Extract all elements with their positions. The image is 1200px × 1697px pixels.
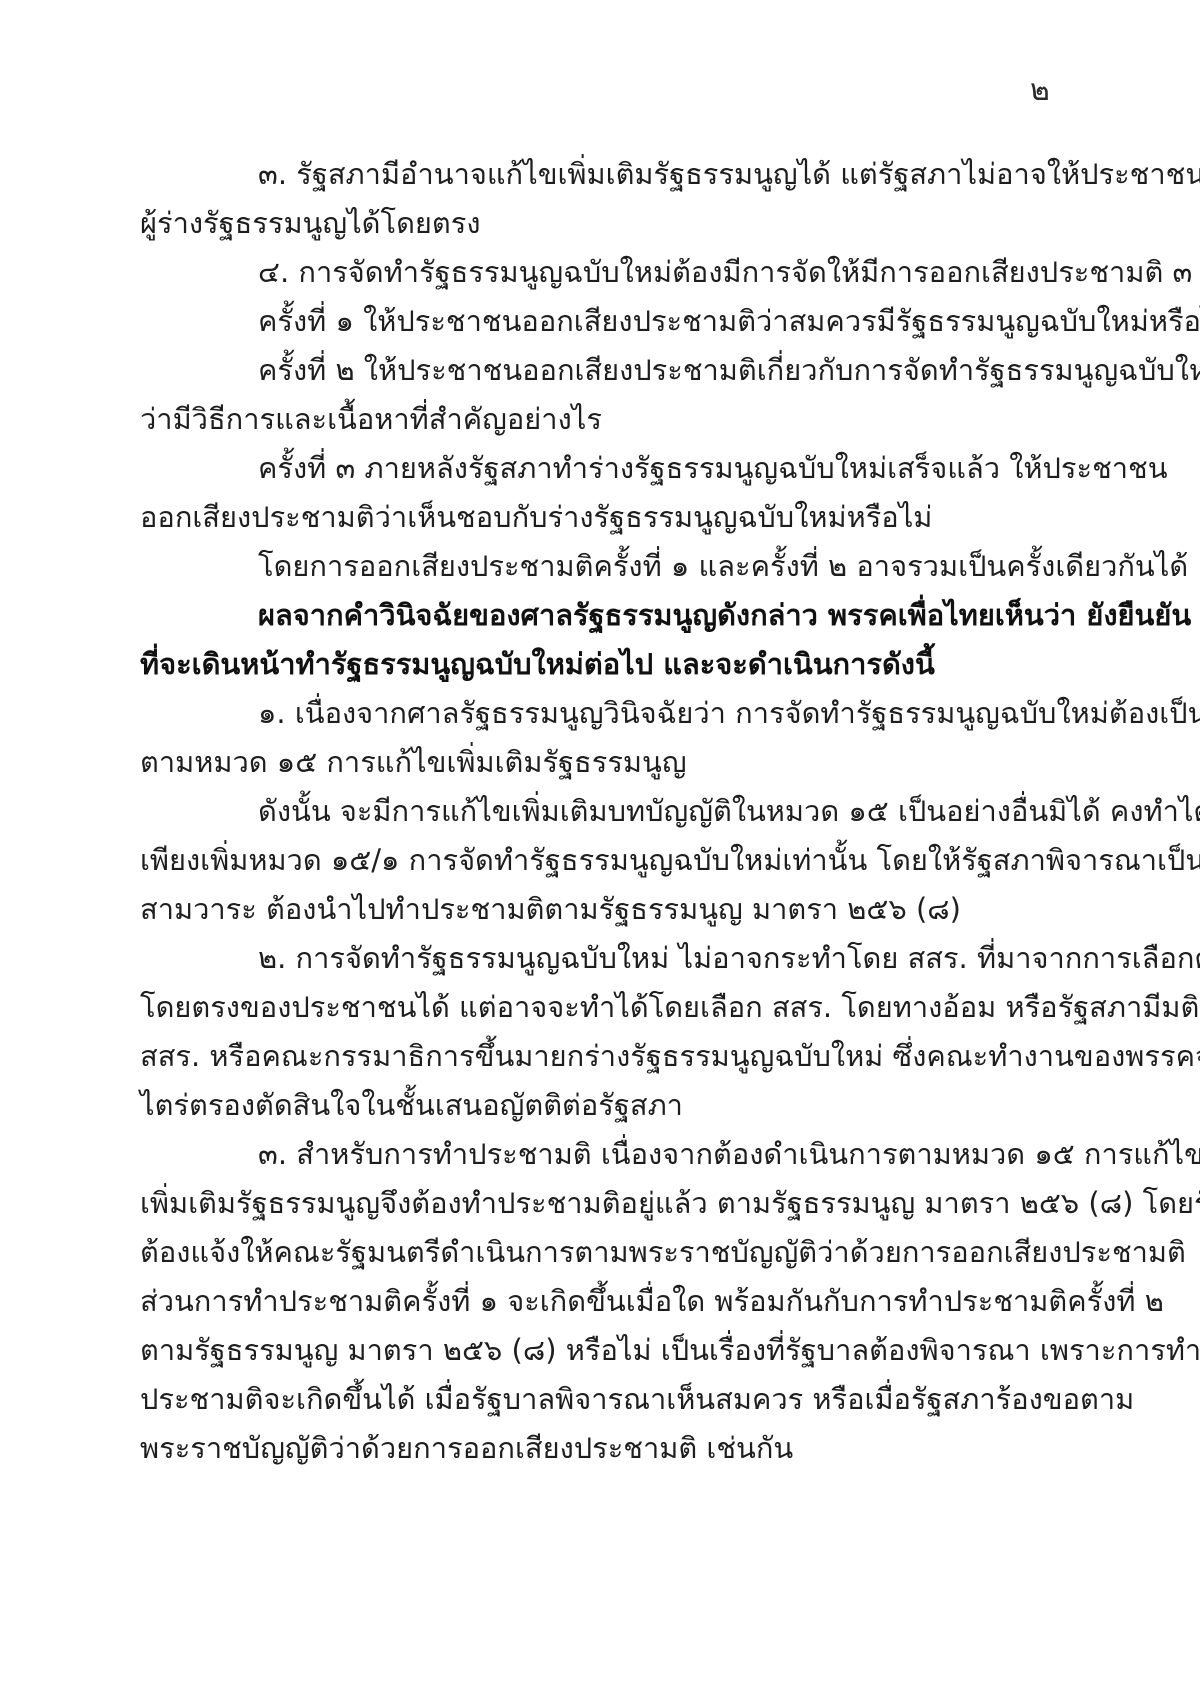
- text-line: ไตร่ตรองตัดสินใจในชั้นเสนอญัตติต่อรัฐสภา: [140, 1081, 1070, 1130]
- text-line: ตามหมวด ๑๕ การแก้ไขเพิ่มเติมรัฐธรรมนูญ: [140, 738, 1070, 787]
- text-line: ส่วนการทำประชามติครั้งที่ ๑ จะเกิดขึ้นเม…: [140, 1277, 1070, 1326]
- text-line: ๓. รัฐสภามีอำนาจแก้ไขเพิ่มเติมรัฐธรรมนูญ…: [140, 150, 1070, 199]
- text-line: ๒. การจัดทำรัฐธรรมนูญฉบับใหม่ ไม่อาจกระท…: [140, 934, 1070, 983]
- text-line: ดังนั้น จะมีการแก้ไขเพิ่มเติมบทบัญญัติใน…: [140, 787, 1070, 836]
- text-line: ๑. เนื่องจากศาลรัฐธรรมนูญวินิจฉัยว่า การ…: [140, 689, 1070, 738]
- document-body: ๓. รัฐสภามีอำนาจแก้ไขเพิ่มเติมรัฐธรรมนูญ…: [140, 150, 1070, 1473]
- text-line: ผลจากคำวินิจฉัยของศาลรัฐธรรมนูญดังกล่าว …: [140, 591, 1070, 640]
- text-line: เพียงเพิ่มหมวด ๑๕/๑ การจัดทำรัฐธรรมนูญฉบ…: [140, 836, 1070, 885]
- text-line: โดยการออกเสียงประชามติครั้งที่ ๑ และครั้…: [140, 542, 1070, 591]
- text-line: ๓. สำหรับการทำประชามติ เนื่องจากต้องดำเน…: [140, 1130, 1070, 1179]
- text-line: ครั้งที่ ๑ ให้ประชาชนออกเสียงประชามติว่า…: [140, 297, 1070, 346]
- text-line: ครั้งที่ ๒ ให้ประชาชนออกเสียงประชามติเกี…: [140, 346, 1070, 395]
- text-line: โดยตรงของประชาชนได้ แต่อาจจะทำได้โดยเลือ…: [140, 983, 1070, 1032]
- text-line: ออกเสียงประชามติว่าเห็นชอบกับร่างรัฐธรรม…: [140, 493, 1070, 542]
- text-line: ๔. การจัดทำรัฐธรรมนูญฉบับใหม่ต้องมีการจั…: [140, 248, 1070, 297]
- text-line: เพิ่มเติมรัฐธรรมนูญจึงต้องทำประชามติอยู่…: [140, 1179, 1070, 1228]
- page-number: ๒: [1030, 74, 1050, 108]
- text-line: ต้องแจ้งให้คณะรัฐมนตรีดำเนินการตามพระราช…: [140, 1228, 1070, 1277]
- text-line: ที่จะเดินหน้าทำรัฐธรรมนูญฉบับใหม่ต่อไป แ…: [140, 640, 1070, 689]
- text-line: สสร. หรือคณะกรรมาธิการขึ้นมายกร่างรัฐธรร…: [140, 1032, 1070, 1081]
- text-line: ประชามติจะเกิดขึ้นได้ เมื่อรัฐบาลพิจารณา…: [140, 1375, 1070, 1424]
- text-line: สามวาระ ต้องนำไปทำประชามติตามรัฐธรรมนูญ …: [140, 885, 1070, 934]
- text-line: ตามรัฐธรรมนูญ มาตรา ๒๕๖ (๘) หรือไม่ เป็น…: [140, 1326, 1070, 1375]
- text-line: พระราชบัญญัติว่าด้วยการออกเสียงประชามติ …: [140, 1424, 1070, 1473]
- text-line: ครั้งที่ ๓ ภายหลังรัฐสภาทำร่างรัฐธรรมนูญ…: [140, 444, 1070, 493]
- text-line: ผู้ร่างรัฐธรรมนูญได้โดยตรง: [140, 199, 1070, 248]
- text-line: ว่ามีวิธีการและเนื้อหาที่สำคัญอย่างไร: [140, 395, 1070, 444]
- document-page: ๒ ๓. รัฐสภามีอำนาจแก้ไขเพิ่มเติมรัฐธรรมน…: [0, 0, 1200, 1697]
